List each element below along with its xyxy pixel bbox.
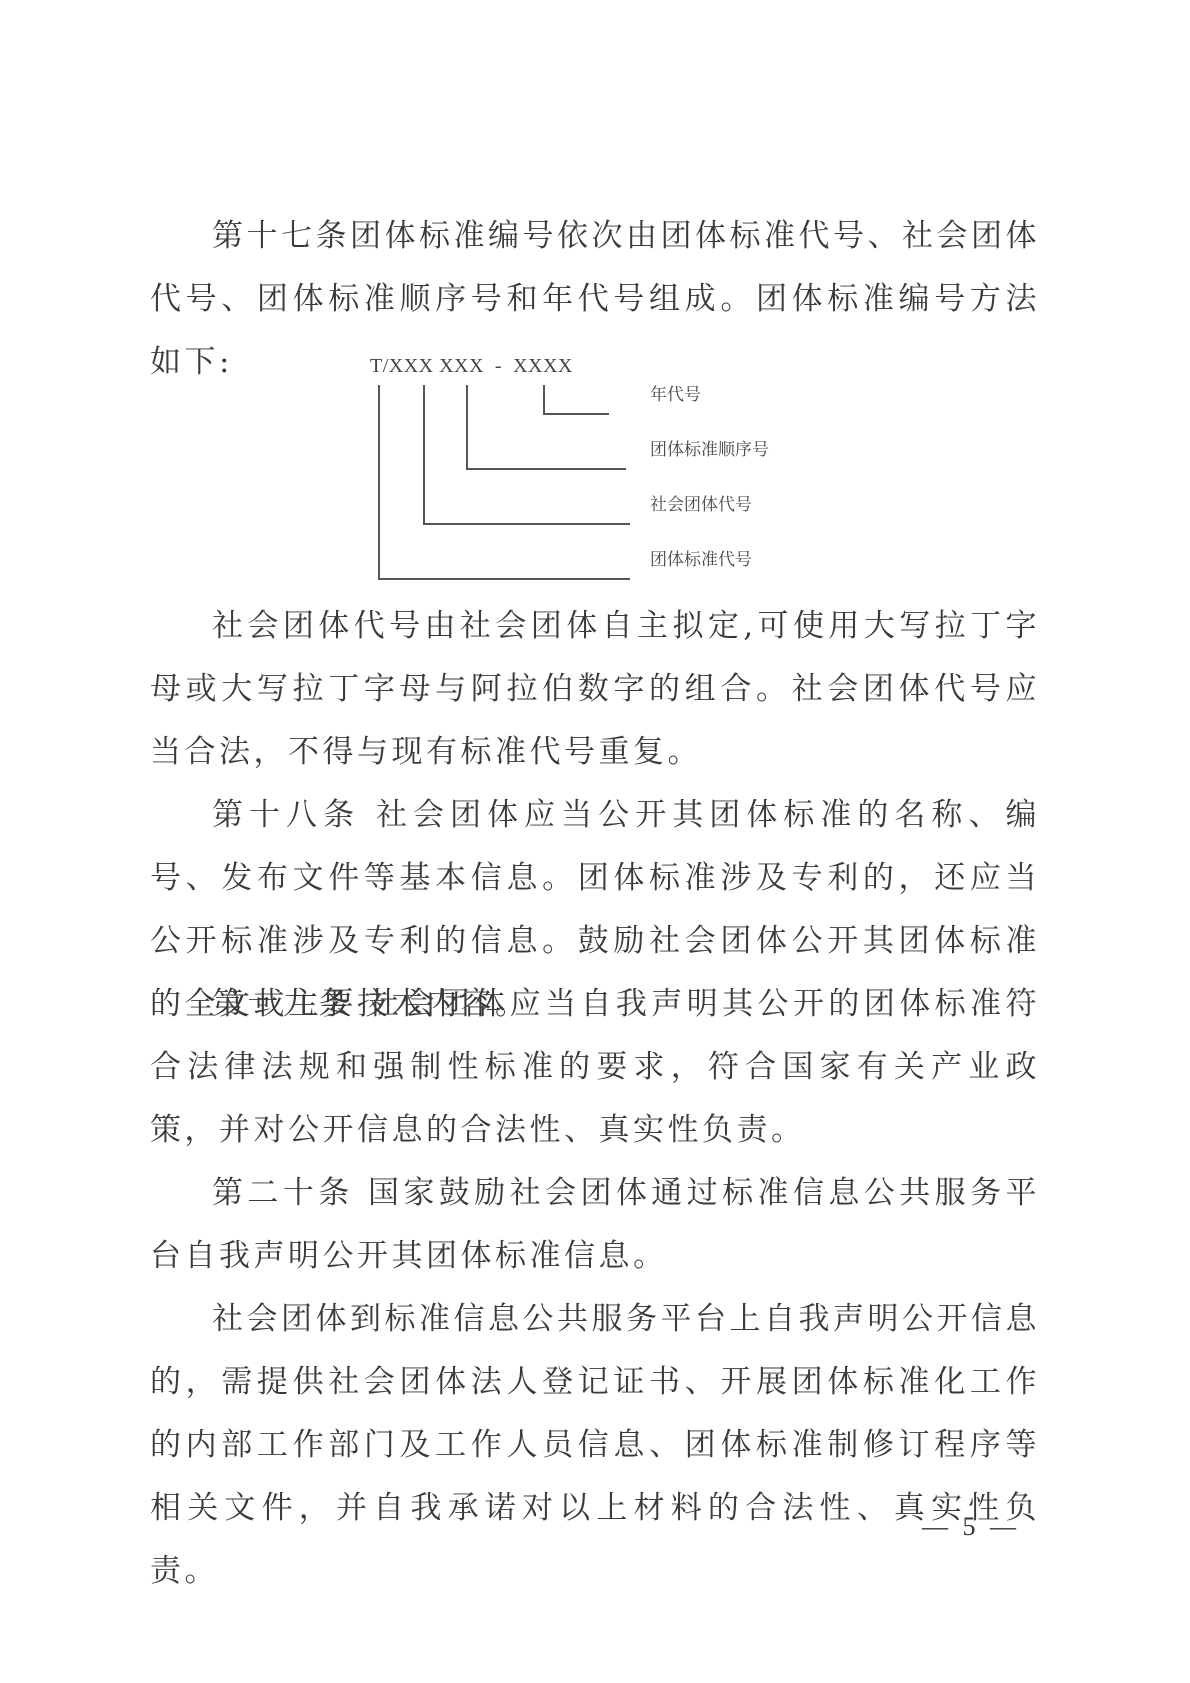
page-number: — 5 — — [922, 1512, 1020, 1542]
label-standard-code: 团体标准代号 — [650, 545, 752, 570]
org-code-description: 社会团体代号由社会团体自主拟定,可使用大写拉丁字母或大写拉丁字母与阿拉伯数字的组… — [150, 595, 1040, 784]
numbering-diagram: T/XXX XXX - XXXX 年代号 团体标准顺序号 社会团体代号 团体标准… — [360, 355, 820, 585]
hline-standard-code — [378, 578, 630, 580]
hline-year — [543, 413, 609, 415]
article-20-submission: 社会团体到标准信息公共服务平台上自我声明公开信息的，需提供社会团体法人登记证书、… — [150, 1288, 1040, 1603]
label-year: 年代号 — [650, 380, 701, 405]
hline-sequence — [466, 468, 626, 470]
label-org-code: 社会团体代号 — [650, 490, 752, 515]
article-19: 第十九条 社会团体应当自我声明其公开的团体标准符合法律法规和强制性标准的要求，符… — [150, 973, 1040, 1162]
label-sequence: 团体标准顺序号 — [650, 435, 769, 460]
article-20: 第二十条 国家鼓励社会团体通过标准信息公共服务平台自我声明公开其团体标准信息。 — [150, 1162, 1040, 1288]
line-org-code — [423, 385, 425, 525]
line-standard-code — [378, 385, 380, 580]
line-year — [543, 385, 545, 415]
hline-org-code — [423, 523, 630, 525]
code-format: T/XXX XXX - XXXX — [370, 355, 573, 378]
line-sequence — [466, 385, 468, 470]
